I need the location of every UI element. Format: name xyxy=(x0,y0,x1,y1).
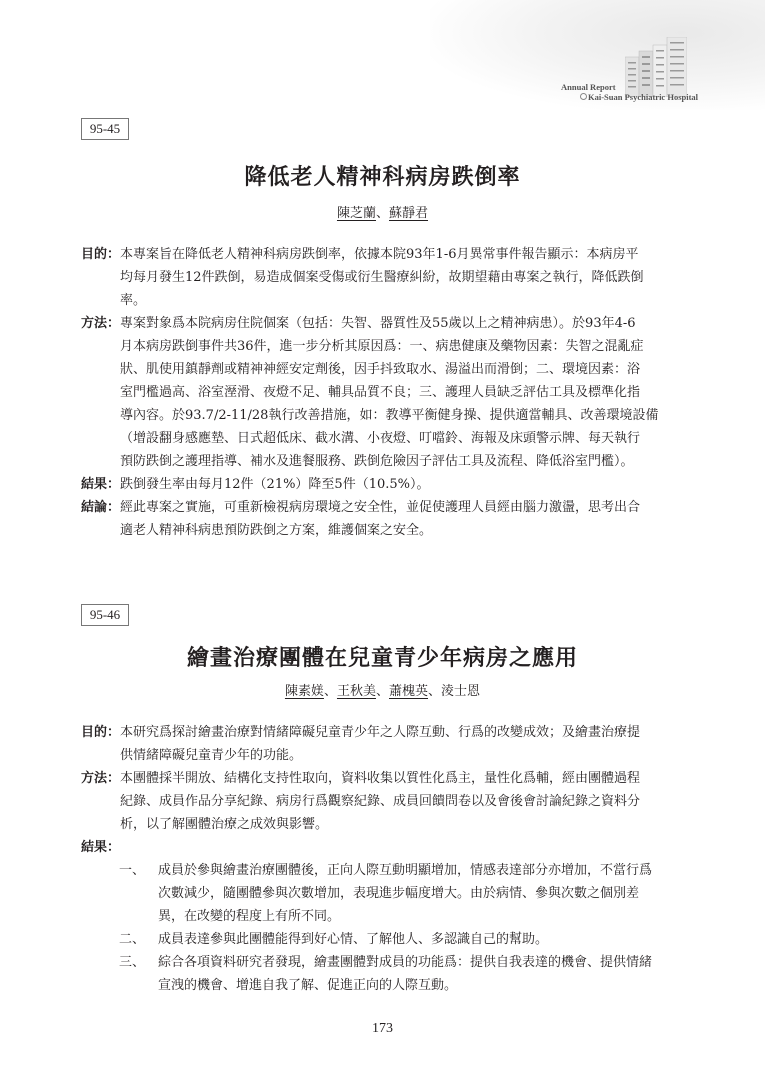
list-number: 一、 xyxy=(119,859,158,928)
abstract-body: 目的： 本研究爲探討繪畫治療對情緒障礙兒童青少年之人際互動、行爲的改變成效；及繪… xyxy=(81,721,701,997)
text-line: 次數減少，隨團體參與次數增加，表現進步幅度增大。由於病情、參與次數之個別差 xyxy=(158,882,652,905)
text-line: 經此專案之實施，可重新檢視病房環境之安全性，並促使護理人員經由腦力激盪，思考出合 xyxy=(120,496,701,519)
author-separator: 、 xyxy=(324,684,337,699)
list-number: 三、 xyxy=(119,951,158,997)
abstract-title: 繪畫治療團體在兒童青少年病房之應用 xyxy=(0,641,765,672)
section-label: 方法： xyxy=(81,312,120,473)
text-line: 本專案旨在降低老人精神科病房跌倒率，依據本院93年1-6月異常事件報告顯示：本病… xyxy=(120,243,701,266)
section-method: 方法： 專案對象爲本院病房住院個案（包括：失智、器質性及55歲以上之精神病患）。… xyxy=(81,312,701,473)
text-line: 宣洩的機會、增進自我了解、促進正向的人際互動。 xyxy=(158,974,652,997)
section-label: 方法： xyxy=(81,767,120,836)
section-results: 結果： xyxy=(81,836,701,859)
text-line: 異，在改變的程度上有所不同。 xyxy=(158,905,652,928)
text-line: 供情緒障礙兒童青少年的功能。 xyxy=(120,744,701,767)
text-line: 本研究爲探討繪畫治療對情緒障礙兒童青少年之人際互動、行爲的改變成效；及繪畫治療提 xyxy=(120,721,701,744)
text-line: 綜合各項資料研究者發現，繪畫團體對成員的功能爲：提供自我表達的機會、提供情緒 xyxy=(158,951,652,974)
hospital-name: Kai-Suan Psychiatric Hospital xyxy=(588,92,698,102)
section-conclusion: 結論： 經此專案之實施，可重新檢視病房環境之安全性，並促使護理人員經由腦力激盪，… xyxy=(81,496,701,542)
author: 陳素媄 xyxy=(285,684,324,699)
section-results: 結果： 跌倒發生率由每月12件（21%）降至5件（10.5%）。 xyxy=(81,473,701,496)
list-item: 三、 綜合各項資料研究者發現，繪畫團體對成員的功能爲：提供自我表達的機會、提供情… xyxy=(119,951,701,997)
section-label: 結果： xyxy=(81,473,120,496)
report-header-label: Annual Report Kai-Suan Psychiatric Hospi… xyxy=(561,82,698,102)
text-line: （增設翻身感應墊、日式超低床、截水溝、小夜燈、叮噹鈴、海報及床頭警示牌、每天執行 xyxy=(120,427,701,450)
text-line: 本團體採半開放、結構化支持性取向，資料收集以質性化爲主，量性化爲輔，經由團體過程 xyxy=(120,767,701,790)
author: 蘇靜君 xyxy=(389,206,428,221)
abstract-id-box: 95-46 xyxy=(81,604,129,626)
section-label: 結論： xyxy=(81,496,120,542)
list-number: 二、 xyxy=(119,928,158,951)
abstract-title: 降低老人精神科病房跌倒率 xyxy=(0,160,765,191)
text-line: 適老人精神科病患預防跌倒之方案，維護個案之安全。 xyxy=(120,519,701,542)
text-line: 析，以了解團體治療之成效與影響。 xyxy=(120,813,701,836)
abstract-id-box: 95-45 xyxy=(81,118,129,140)
author: 陳芝蘭 xyxy=(337,206,376,221)
text-line: 成員於參與繪畫治療團體後，正向人際互動明顯增加，情感表達部分亦增加，不當行爲 xyxy=(158,859,652,882)
author-list: 陳芝蘭、蘇靜君 xyxy=(0,202,765,221)
text-line: 跌倒發生率由每月12件（21%）降至5件（10.5%）。 xyxy=(120,473,701,496)
section-method: 方法： 本團體採半開放、結構化支持性取向，資料收集以質性化爲主，量性化爲輔，經由… xyxy=(81,767,701,836)
author-separator: 、 xyxy=(376,684,389,699)
text-line: 均每月發生12件跌倒，易造成個案受傷或衍生醫療糾紛，故期望藉由專案之執行，降低跌… xyxy=(120,266,701,289)
text-line: 成員表達參與此團體能得到好心情、了解他人、多認識自己的幫助。 xyxy=(158,928,548,951)
text-line: 紀錄、成員作品分享紀錄、病房行爲觀察紀錄、成員回饋問卷以及會後會討論紀錄之資料分 xyxy=(120,790,701,813)
page-number: 173 xyxy=(0,1021,765,1037)
abstract-body: 目的： 本專案旨在降低老人精神科病房跌倒率，依據本院93年1-6月異常事件報告顯… xyxy=(81,243,701,542)
text-line: 專案對象爲本院病房住院個案（包括：失智、器質性及55歲以上之精神病患）。於93年… xyxy=(120,312,701,335)
section-label: 目的： xyxy=(81,721,120,767)
author: 淩士恩 xyxy=(441,684,480,699)
author-separator: 、 xyxy=(376,206,389,221)
list-item: 二、 成員表達參與此團體能得到好心情、了解他人、多認識自己的幫助。 xyxy=(119,928,701,951)
author-list: 陳素媄、王秋美、蕭槐英、淩士恩 xyxy=(0,680,765,699)
results-list: 一、 成員於參與繪畫治療團體後，正向人際互動明顯增加，情感表達部分亦增加，不當行… xyxy=(81,859,701,997)
text-line: 預防跌倒之護理指導、補水及進餐服務、跌倒危險因子評估工具及流程、降低浴室門檻）。 xyxy=(120,450,701,473)
report-title: Annual Report xyxy=(561,82,698,92)
text-line: 狀、肌使用鎮靜劑或精神神經安定劑後，因手抖致取水、湯溢出而滑倒；二、環境因素：浴 xyxy=(120,358,701,381)
emblem-icon xyxy=(580,93,587,100)
list-item: 一、 成員於參與繪畫治療團體後，正向人際互動明顯增加，情感表達部分亦增加，不當行… xyxy=(119,859,701,928)
text-line: 導內容。於93.7/2-11/28執行改善措施，如：教導平衡健身操、提供適當輔具… xyxy=(120,404,701,427)
author: 王秋美 xyxy=(337,684,376,699)
text-line: 月本病房跌倒事件共36件，進一步分析其原因爲：一、病患健康及藥物因素：失智之混亂… xyxy=(120,335,701,358)
section-label: 結果： xyxy=(81,836,120,859)
author: 蕭槐英 xyxy=(389,684,428,699)
section-purpose: 目的： 本研究爲探討繪畫治療對情緒障礙兒童青少年之人際互動、行爲的改變成效；及繪… xyxy=(81,721,701,767)
section-label: 目的： xyxy=(81,243,120,312)
text-line: 室門檻過高、浴室溼滑、夜燈不足、輔具品質不良；三、護理人員缺乏評估工具及標準化指 xyxy=(120,381,701,404)
section-purpose: 目的： 本專案旨在降低老人精神科病房跌倒率，依據本院93年1-6月異常事件報告顯… xyxy=(81,243,701,312)
text-line: 率。 xyxy=(120,289,701,312)
author-separator: 、 xyxy=(428,684,441,699)
